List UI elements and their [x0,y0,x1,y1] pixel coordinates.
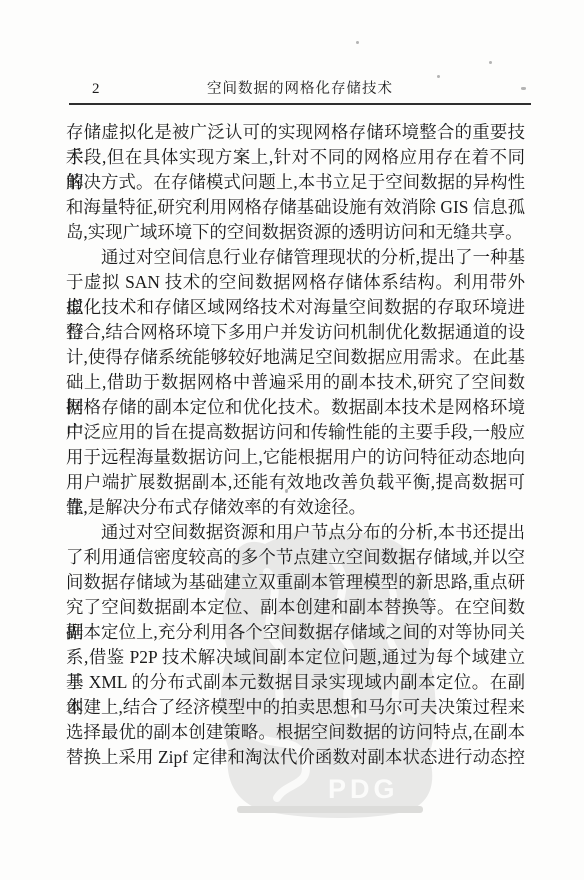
page-number: 2 [92,77,100,101]
running-title: 空间数据的网格化存储技术 [69,77,531,101]
text-line: 通过对空间数据资源和用户节点分布的分析,本书还提出 [66,520,525,545]
text-line: 广泛应用的旨在提高数据访问和传输性能的主要手段,一般应 [66,420,525,445]
text-line: 系,借鉴 P2P 技术解决域间副本定位问题,通过为每个域建立基 [66,645,525,670]
text-line: 础上,借助于数据网格中普遍采用的副本技术,研究了空间数据 [66,370,525,395]
text-line: 手段,但在具体实现方案上,针对不同的网格应用存在着不同的 [66,145,525,170]
text-line: 于 XML 的分布式副本元数据目录实现域内副本定位。在副本 [66,670,525,695]
text-line: 选择最优的副本创建策略。根据空间数据的访问特点,在副本 [66,720,525,745]
text-line: 岛,实现广域环境下的空间数据资源的透明访问和无缝共享。 [66,220,525,245]
text-line: 用于远程海量数据访问上,它能根据用户的访问特征动态地向 [66,445,525,470]
scan-speck [356,41,359,44]
text-line: 性,是解决分布式存储效率的有效途径。 [66,495,525,520]
scan-speck [521,87,526,90]
scanned-book-page: PDG 2 空间数据的网格化存储技术 存储虚拟化是被广泛认可的实现网格存储环境整… [0,0,584,880]
watermark-pdg-label: PDG [328,774,399,805]
text-line: 了利用通信密度较高的多个节点建立空间数据存储域,并以空 [66,545,525,570]
text-line: 副本定位上,充分利用各个空间数据存储域之间的对等协同关 [66,620,525,645]
text-line: 拟化技术和存储区域网络技术对海量空间数据的存取环境进行 [66,295,525,320]
body-text: 存储虚拟化是被广泛认可的实现网格存储环境整合的重要技术手段,但在具体实现方案上,… [66,120,525,770]
text-line: 计,使得存储系统能够较好地满足空间数据应用需求。在此基 [66,345,525,370]
text-line: 替换上采用 Zipf 定律和淘汰代价函数对副本状态进行动态控 [66,745,525,770]
scan-speck [285,489,288,493]
text-line: 用户端扩展数据副本,还能有效地改善负载平衡,提高数据可靠 [66,470,525,495]
text-line: 间数据存储域为基础建立双重副本管理模型的新思路,重点研 [66,570,525,595]
text-line: 和海量特征,研究利用网格存储基础设施有效消除 GIS 信息孤 [66,195,525,220]
text-line: 解决方式。在存储模式问题上,本书立足于空间数据的异构性 [66,170,525,195]
text-line: 通过对空间信息行业存储管理现状的分析,提出了一种基 [66,245,525,270]
text-line: 存储虚拟化是被广泛认可的实现网格存储环境整合的重要技术 [66,120,525,145]
text-line: 创建上,结合了经济模型中的拍卖思想和马尔可夫决策过程来 [66,695,525,720]
scan-speck [437,75,440,78]
text-line: 网格存储的副本定位和优化技术。数据副本技术是网格环境中 [66,395,525,420]
text-line: 于虚拟 SAN 技术的空间数据网格存储体系结构。利用带外虚 [66,270,525,295]
scan-speck [489,61,492,64]
page-header: 2 空间数据的网格化存储技术 [69,77,531,105]
text-line: 究了空间数据副本定位、副本创建和副本替换等。在空间数据 [66,595,525,620]
text-line: 整合,结合网格环境下多用户并发访问机制优化数据通道的设 [66,320,525,345]
